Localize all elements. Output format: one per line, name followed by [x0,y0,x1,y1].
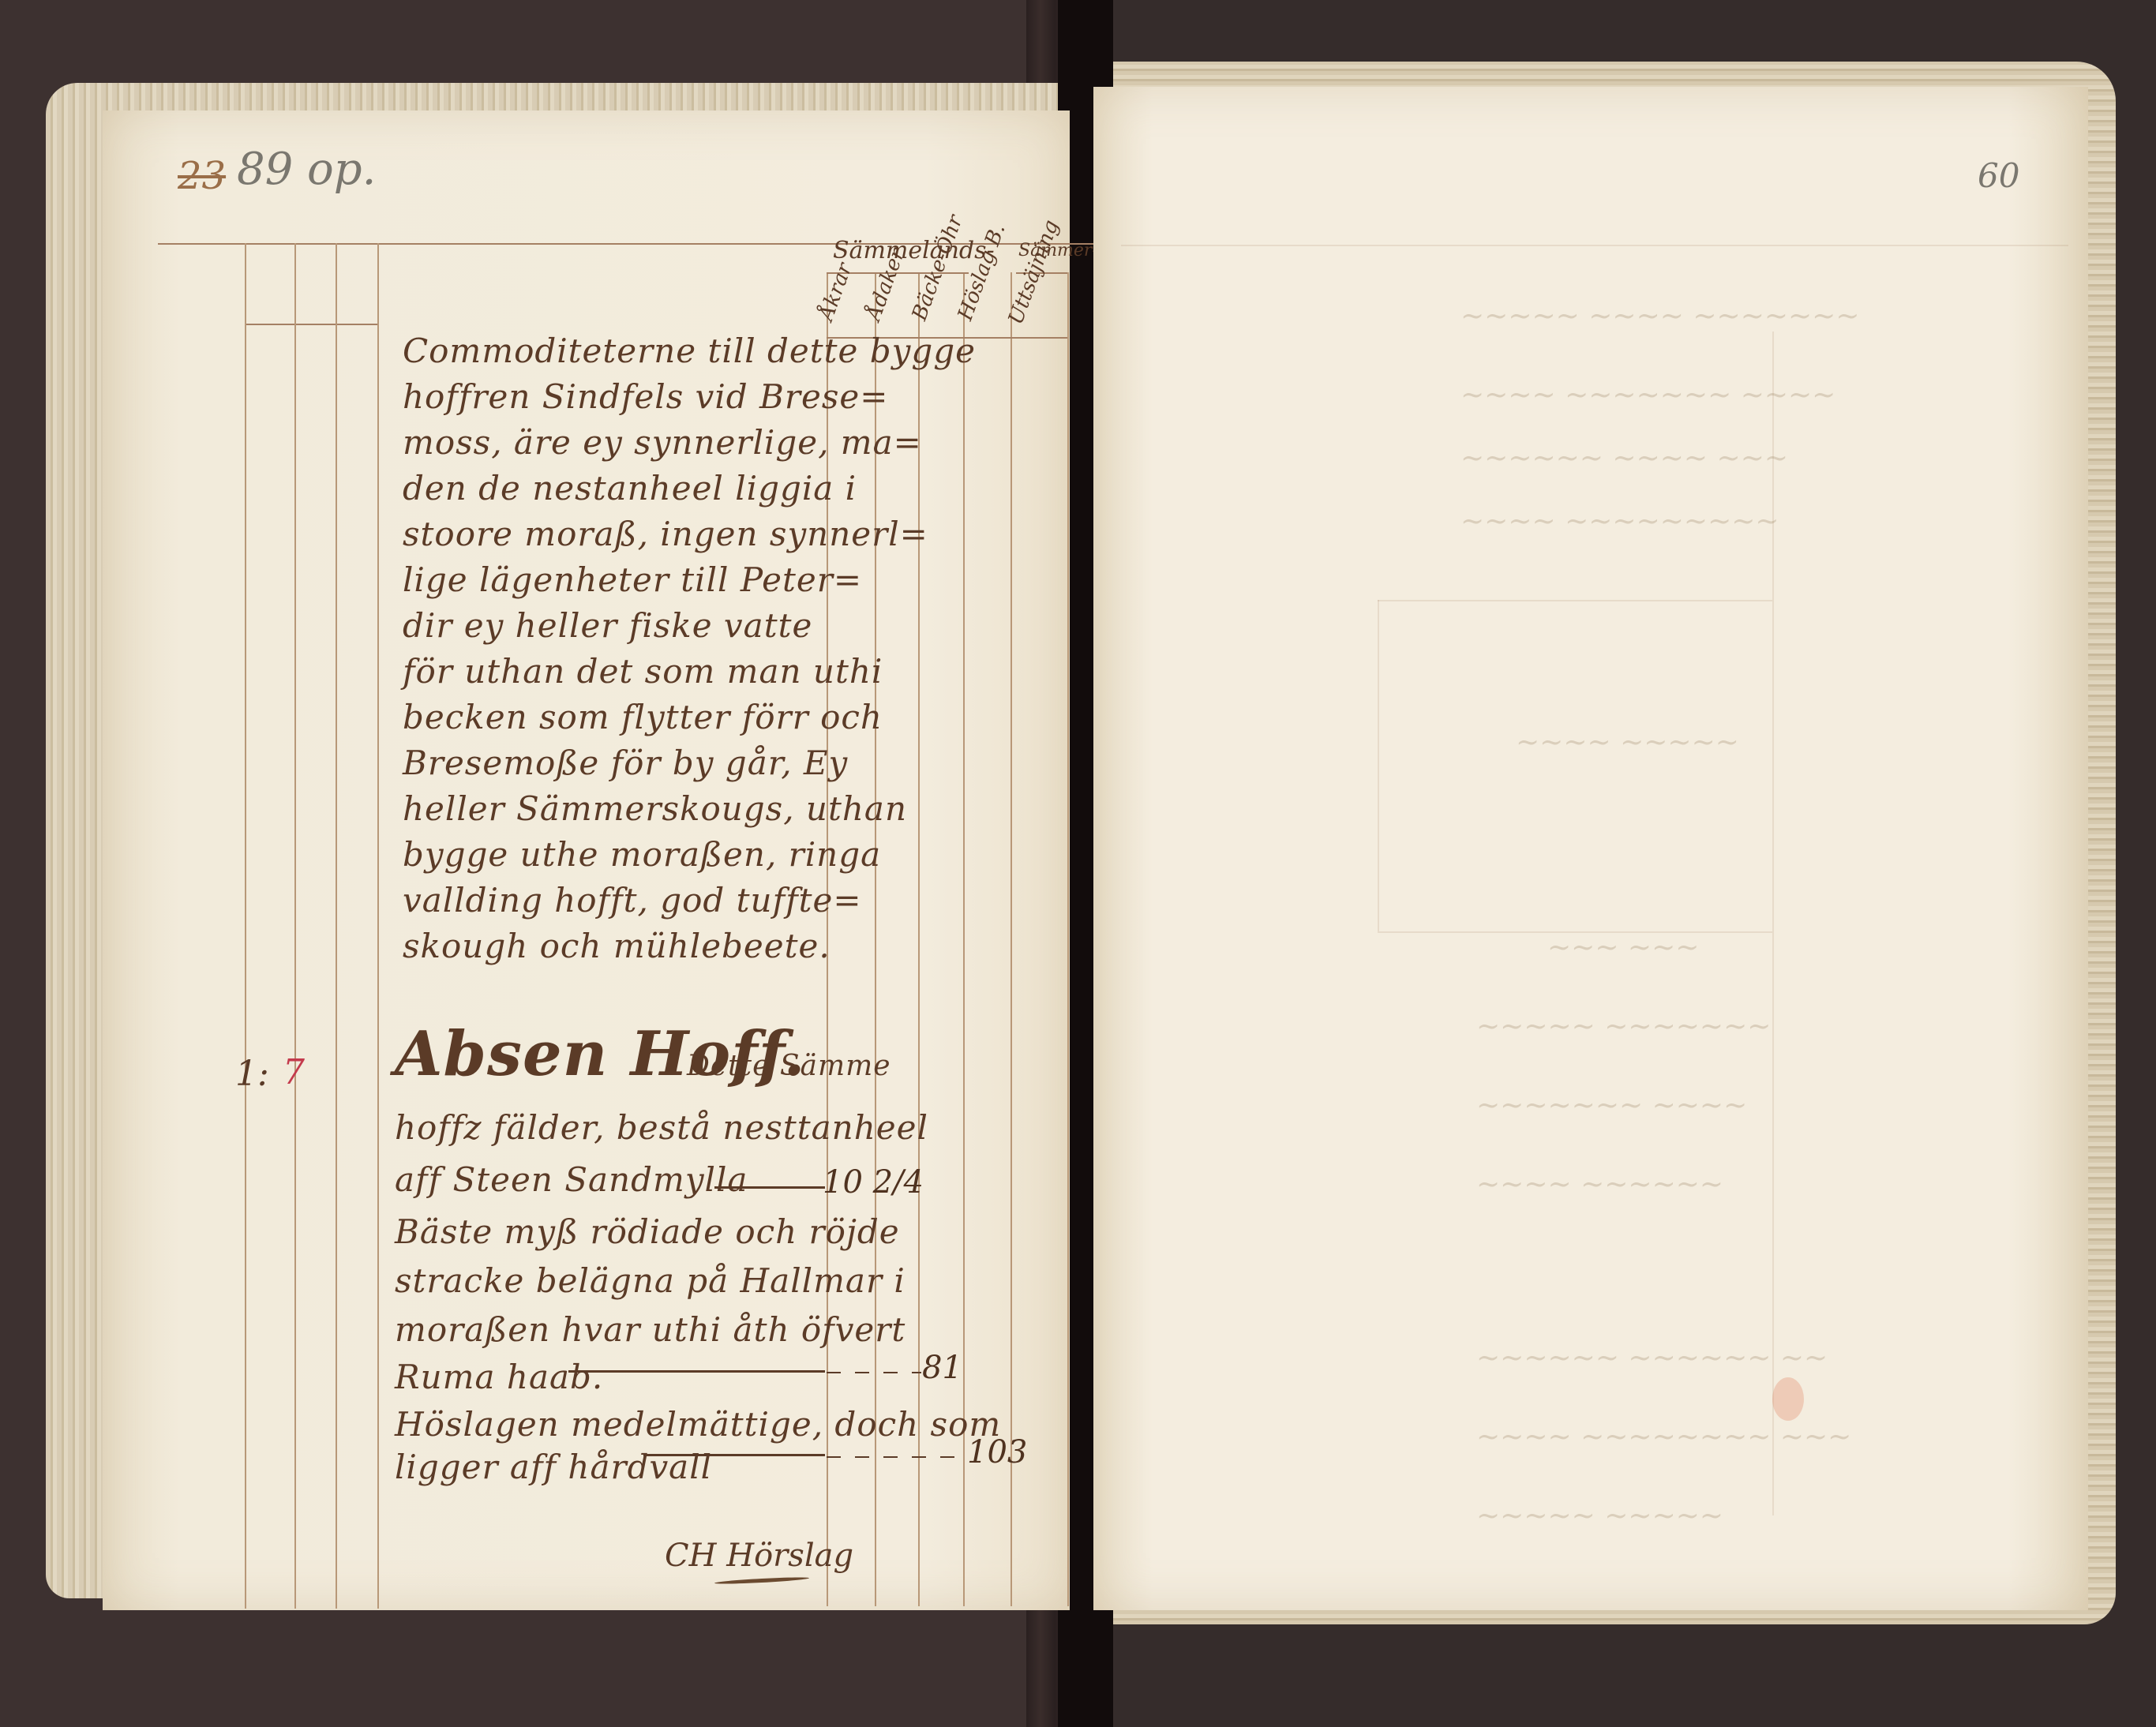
amount-hardvall: 103 [967,1434,1027,1470]
folio-number-right: 60 [1978,156,2019,195]
leader-dashes-2 [827,1372,921,1373]
margin-line-3 [336,243,337,1609]
text-line: heller Sämmerskougs, uthan [403,789,907,828]
bleed-text: ~~~~ ~~~~~~~~~ [1460,505,1779,538]
leader-dashes-3 [827,1456,965,1458]
entry-line: Bäste myß rödiade och röjde [395,1212,900,1251]
text-line: becken som flytter förr och [403,698,883,736]
row-number: 1: [235,1054,269,1094]
text-line: Bresemoße för by går, Ey [403,744,848,782]
text-line: lige lägenheter till Peter= [403,560,862,599]
text-line: skough och mühlebeete. [403,927,831,965]
bleed-text: ~~~~~~~ ~~~~ [1476,1089,1747,1122]
text-line: stoore moraß, ingen synnerl= [403,515,928,553]
amount-column-line-5 [1011,272,1012,1606]
bleed-rule [1121,245,2068,246]
margin-line-4 [377,243,379,1609]
text-line: bygge uthe moraßen, ringa [403,835,881,874]
text-line: vallding hofft, god tuffte= [403,881,862,920]
folio-number-pencil: 89 op. [237,144,376,195]
bleed-text: ~~~~ ~~~~~~~~ ~~~ [1476,1421,1851,1453]
text-line: moss, äre ey synnerlige, ma= [403,423,922,462]
text-line: den de nestanheel liggia i [403,469,857,508]
amount-sandmylla: 10 2/4 [823,1164,924,1201]
text-line: hoffren Sindfels vid Brese= [403,377,888,416]
bleed-text: ~~~~~ ~~~~ ~~~~~~~ [1460,300,1860,332]
entry-line: aff Steen Sandmylla [395,1160,748,1199]
bleed-text: ~~~ ~~~ [1547,931,1699,964]
paper-stain [1772,1377,1804,1421]
bleed-rule [1378,600,1379,931]
entry-line: Höslagen medelmättige, doch som [395,1405,1001,1444]
signature: CH Hörslag [665,1538,853,1574]
folio-number-struck: 23 [178,154,226,198]
entry-line: stracke belägna på Hallmar i [395,1261,906,1300]
bleed-text: ~~~~~~ ~~~~ ~~~ [1460,442,1788,474]
bleed-text: ~~~~ ~~~~~~ [1476,1168,1723,1201]
margin-line-2 [294,243,296,1609]
bleed-text: ~~~~~~ ~~~~~~ ~~ [1476,1342,1828,1374]
bleed-text: ~~~~~ ~~~~~~~ [1476,1010,1771,1043]
leader-line-3 [643,1454,825,1456]
margin-line-1 [245,243,246,1609]
entry-line: Ruma haab. [395,1358,603,1396]
leader-line-1 [714,1186,825,1189]
entry-line: moraßen hvar uthi åth öfvert [395,1310,906,1349]
text-line: Commoditeterne till dette bygge [403,332,976,370]
bleed-text: ~~~~~ ~~~~~ [1476,1500,1723,1532]
amount-ruma-haab: 81 [922,1350,962,1386]
row-number-red: 7 [283,1052,305,1092]
bleed-rule [1378,600,1772,601]
bleed-text: ~~~~ ~~~~~ [1516,726,1739,759]
column-group-header-1: Sämmelands- [833,237,995,264]
entry-line: hoffz fälder, bestå nesttanheel [395,1108,928,1147]
amount-column-line-6 [1067,272,1069,1606]
text-line: för uthan det som man uthi [403,652,883,691]
text-line: dir ey heller fiske vatte [403,606,812,645]
bleed-text: ~~~~ ~~~~~~~ ~~~~ [1460,379,1835,411]
leader-line-2 [568,1370,825,1373]
entry-heading-suffix: Dette Sämme [687,1050,891,1082]
left-margin-rule [245,324,377,325]
